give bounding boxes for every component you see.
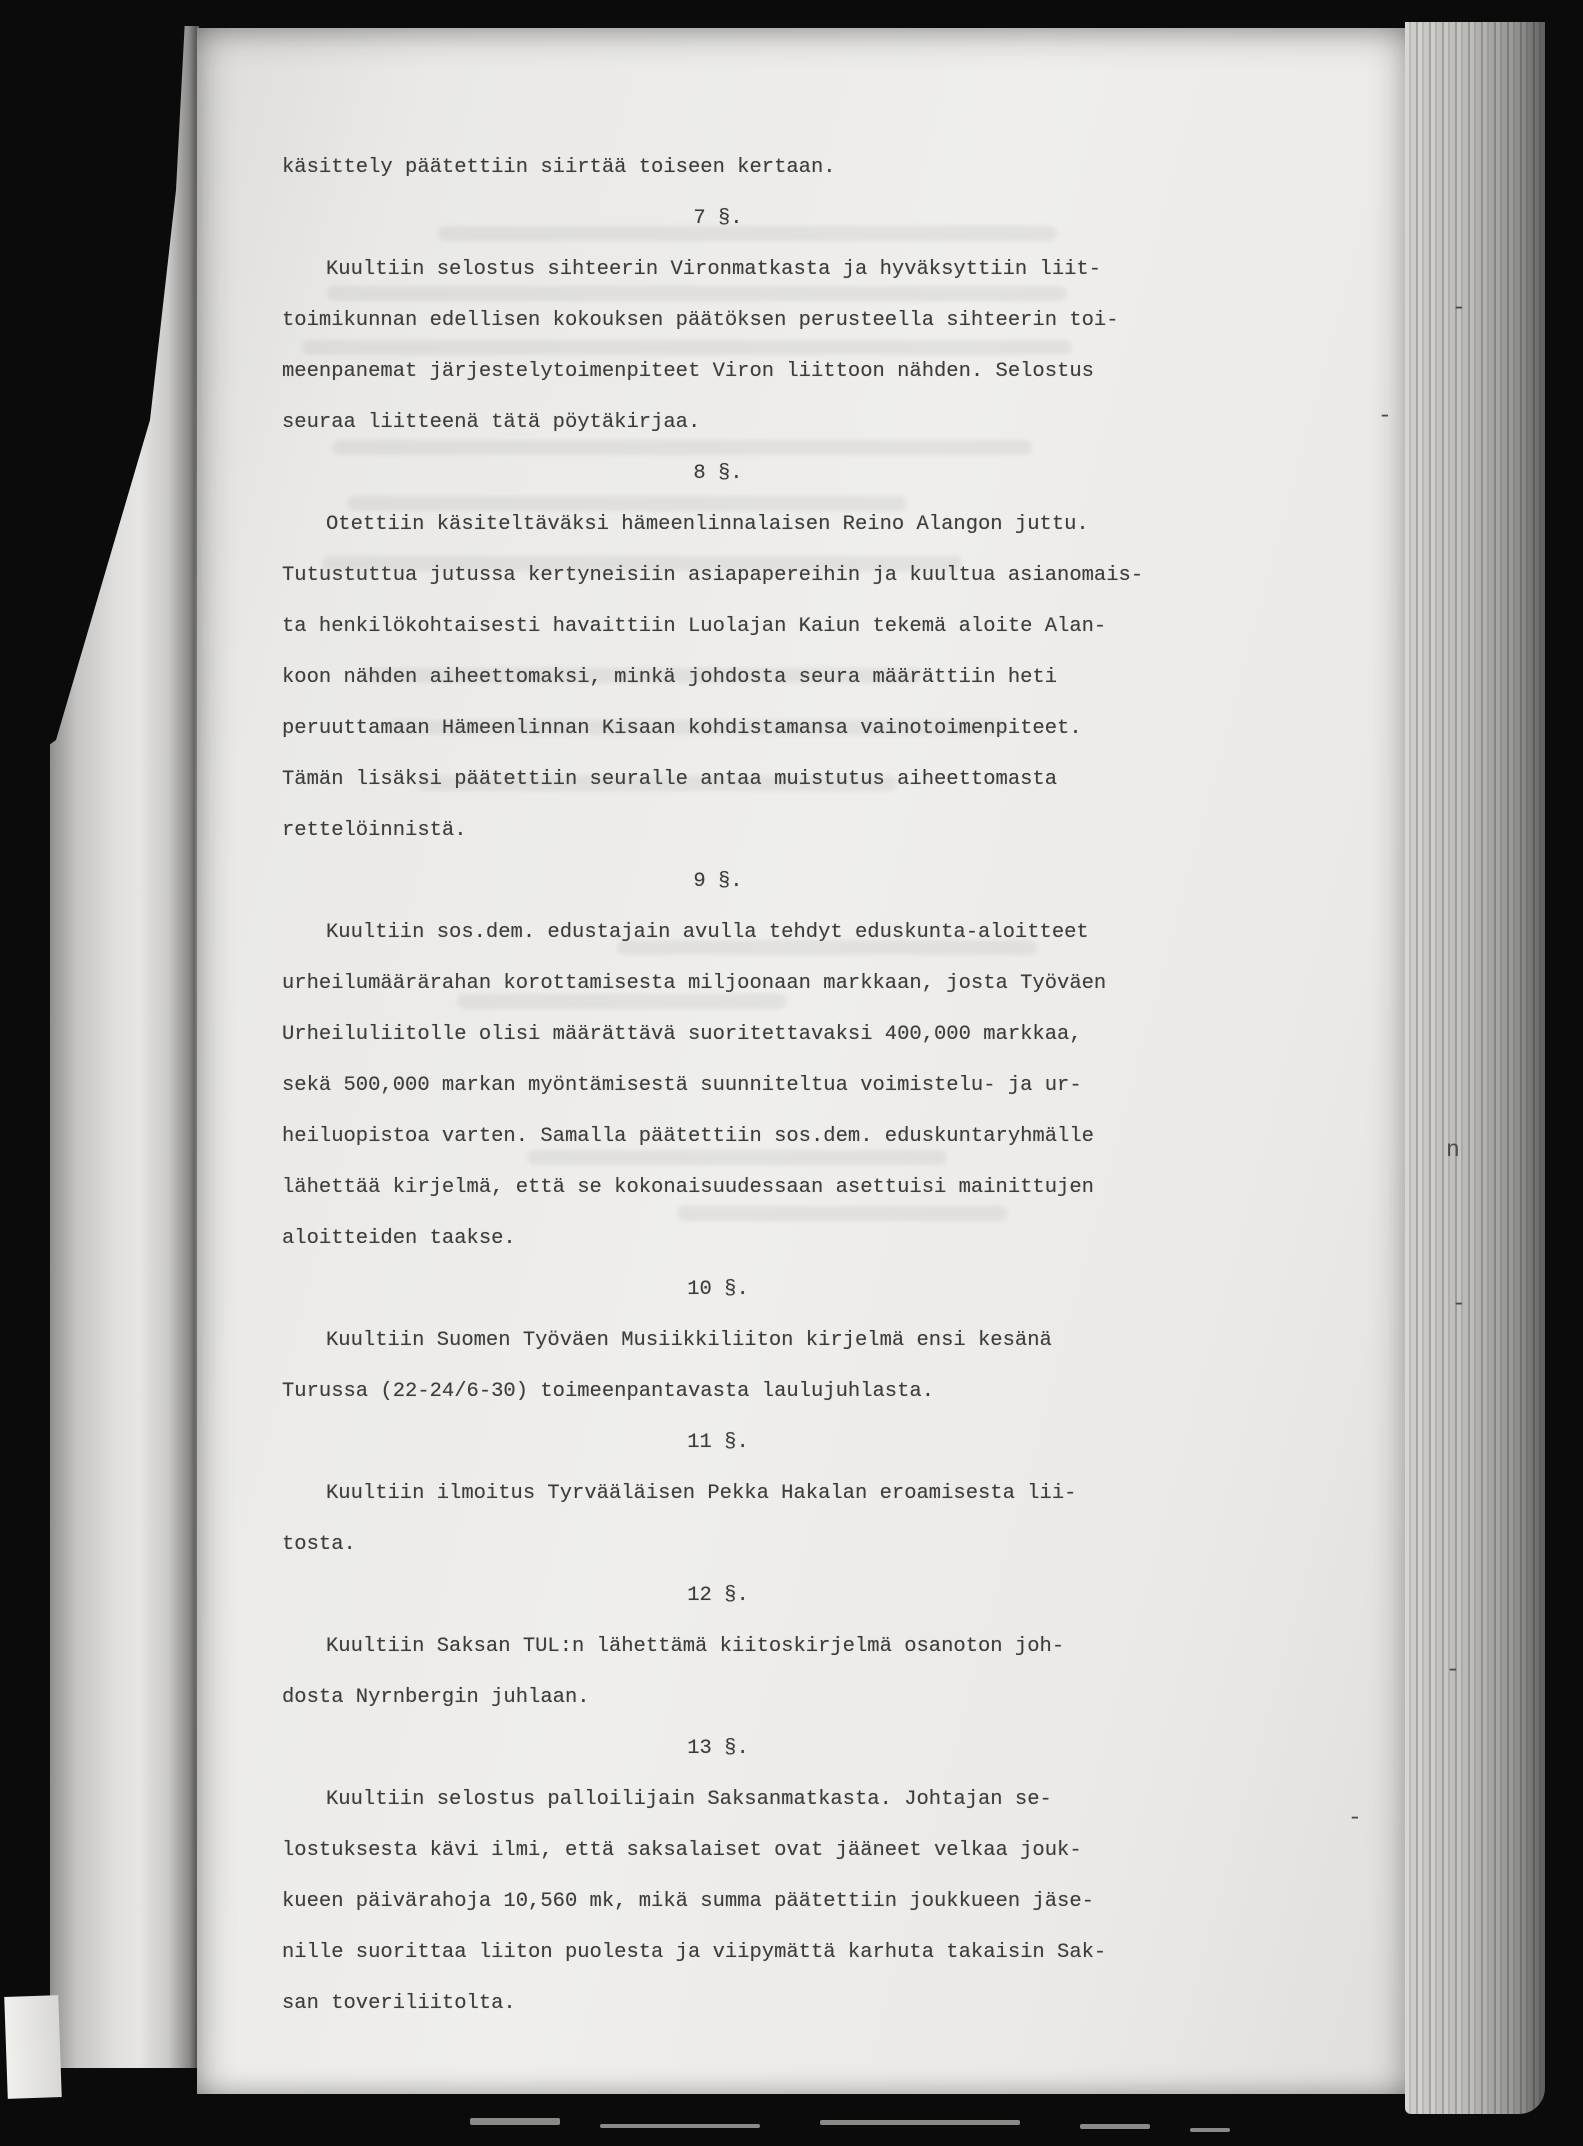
page-edge-stack xyxy=(1405,22,1545,2114)
underlying-page-corner xyxy=(4,1995,62,2099)
text-line: ta henkilökohtaisesti havaittiin Luolaja… xyxy=(282,601,1154,652)
section-heading: 12 §. xyxy=(282,1570,1154,1621)
text-line: Kuultiin ilmoitus Tyrvääläisen Pekka Hak… xyxy=(282,1468,1154,1519)
text-line: toimikunnan edellisen kokouksen päätökse… xyxy=(282,295,1154,346)
text-line: lostuksesta kävi ilmi, että saksalaiset … xyxy=(282,1825,1154,1876)
text-line: san toveriliitolta. xyxy=(282,1978,1154,2029)
text-line: lähettää kirjelmä, että se kokonaisuudes… xyxy=(282,1162,1154,1213)
section-heading: 13 §. xyxy=(282,1723,1154,1774)
section-heading: 11 §. xyxy=(282,1417,1154,1468)
section-heading: 7 §. xyxy=(282,193,1154,244)
table-debris xyxy=(820,2120,1020,2125)
text-line: Tämän lisäksi päätettiin seuralle antaa … xyxy=(282,754,1154,805)
text-line: Tutustuttua jutussa kertyneisiin asiapap… xyxy=(282,550,1154,601)
document-page: käsittely päätettiin siirtää toiseen ker… xyxy=(197,28,1405,2094)
table-debris xyxy=(1080,2124,1150,2129)
text-line: urheilumäärärahan korottamisesta miljoon… xyxy=(282,958,1154,1009)
text-line: Kuultiin selostus sihteerin Vironmatkast… xyxy=(282,244,1154,295)
text-line: seuraa liitteenä tätä pöytäkirjaa. xyxy=(282,397,1154,448)
text-line: Urheiluliitolle olisi määrättävä suorite… xyxy=(282,1009,1154,1060)
text-line: tosta. xyxy=(282,1519,1154,1570)
text-line: meenpanemat järjestelytoimenpiteet Viron… xyxy=(282,346,1154,397)
text-line: kueen päivärahoja 10,560 mk, mikä summa … xyxy=(282,1876,1154,1927)
table-debris xyxy=(600,2124,760,2128)
text-line: heiluopistoa varten. Samalla päätettiin … xyxy=(282,1111,1154,1162)
text-line: Kuultiin Saksan TUL:n lähettämä kiitoski… xyxy=(282,1621,1154,1672)
text-line: Kuultiin sos.dem. edustajain avulla tehd… xyxy=(282,907,1154,958)
continuation-line: käsittely päätettiin siirtää toiseen ker… xyxy=(282,142,1154,193)
text-line: aloitteiden taakse. xyxy=(282,1213,1154,1264)
document-body: käsittely päätettiin siirtää toiseen ker… xyxy=(282,142,1154,2029)
text-line: Turussa (22-24/6-30) toimeenpantavasta l… xyxy=(282,1366,1154,1417)
text-line: nille suorittaa liiton puolesta ja viipy… xyxy=(282,1927,1154,1978)
text-line: dosta Nyrnbergin juhlaan. xyxy=(282,1672,1154,1723)
text-line: rettelöinnistä. xyxy=(282,805,1154,856)
scanned-book-photo: käsittely päätettiin siirtää toiseen ker… xyxy=(0,0,1583,2146)
text-line: Kuultiin Suomen Työväen Musiikkiliiton k… xyxy=(282,1315,1154,1366)
text-line: Kuultiin selostus palloilijain Saksanmat… xyxy=(282,1774,1154,1825)
section-heading: 9 §. xyxy=(282,856,1154,907)
text-line: peruuttamaan Hämeenlinnan Kisaan kohdist… xyxy=(282,703,1154,754)
section-heading: 10 §. xyxy=(282,1264,1154,1315)
text-line: koon nähden aiheettomaksi, minkä johdost… xyxy=(282,652,1154,703)
table-debris xyxy=(1190,2128,1230,2132)
section-heading: 8 §. xyxy=(282,448,1154,499)
table-debris xyxy=(470,2118,560,2125)
text-line: Otettiin käsiteltäväksi hämeenlinnalaise… xyxy=(282,499,1154,550)
text-line: sekä 500,000 markan myöntämisestä suunni… xyxy=(282,1060,1154,1111)
